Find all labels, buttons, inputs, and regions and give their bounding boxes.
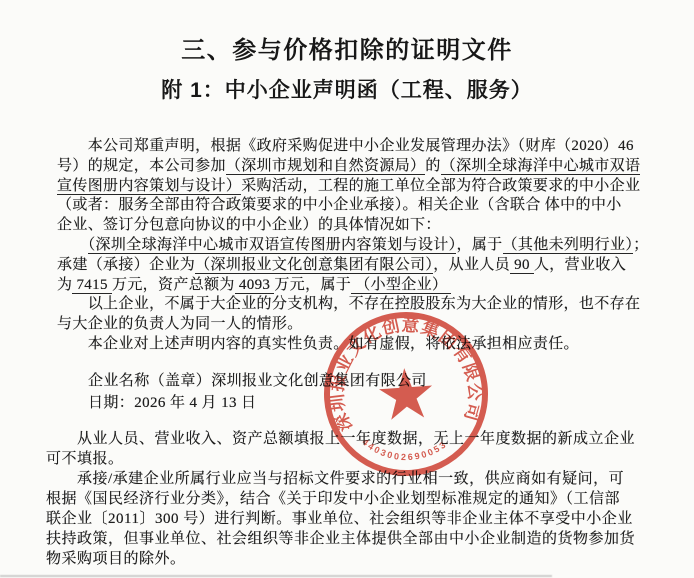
- seal-star-icon: [378, 366, 435, 420]
- document-page: 三、参与价格扣除的证明文件 附 1：中小企业声明函（工程、服务） 本公司郑重声明…: [0, 0, 694, 578]
- text-line: 扶持政策，但事业单位、社会组织等非企业主体提供全部由中小企业制造的货物参加货: [46, 529, 635, 549]
- seal-code-text: 4403002690053: [360, 431, 450, 465]
- text-line: （深圳全球海洋中心城市双语宣传图册内容策划与设计），属于（其他未列明行业）；: [57, 236, 649, 256]
- text-line: 物采购项目的除外。: [46, 549, 635, 569]
- svg-text:4403002690053: 4403002690053: [360, 431, 450, 465]
- text-line: 联企业〔2011〕300 号）进行判断。事业单位、社会组织等非企业主体不享受中小…: [46, 509, 635, 529]
- company-seal-stamp: 深圳报业文化创意集团有限公司 4403002690053: [312, 300, 500, 488]
- text-line: 企业、签订分包意向协议的中小企业）的具体情况如下：: [57, 216, 649, 236]
- page-subtitle: 附 1：中小企业声明函（工程、服务）: [0, 74, 694, 104]
- text-line: 为 7415 万元，资产总额为 4093 万元，属于 （小型企业）: [57, 276, 649, 296]
- text-line: 本公司郑重声明，根据《政府采购促进中小企业发展管理办法》（财库（2020）46: [57, 137, 649, 157]
- text-line: （或者：服务全部由符合政策要求的中小企业承接）。相关企业（含联合 体中的中小: [57, 196, 649, 216]
- text-line: 承建（承接）企业为（深圳报业文化创意集团有限公司），从业人员 90 人，营业收入: [57, 256, 649, 276]
- scan-artifact-line: [0, 575, 552, 578]
- text-line: 根据《国民经济行业分类》，结合《关于印发中小企业划型标准规定的通知》（工信部: [46, 489, 635, 509]
- page-title: 三、参与价格扣除的证明文件: [0, 30, 694, 65]
- text-line: 宣传图册内容策划与设计）采购活动，工程的施工单位全部为符合政策要求的中小企业: [57, 177, 649, 197]
- text-line: 号）的规定，本公司参加（深圳市规划和自然资源局）的（深圳全球海洋中心城市双语: [57, 157, 649, 177]
